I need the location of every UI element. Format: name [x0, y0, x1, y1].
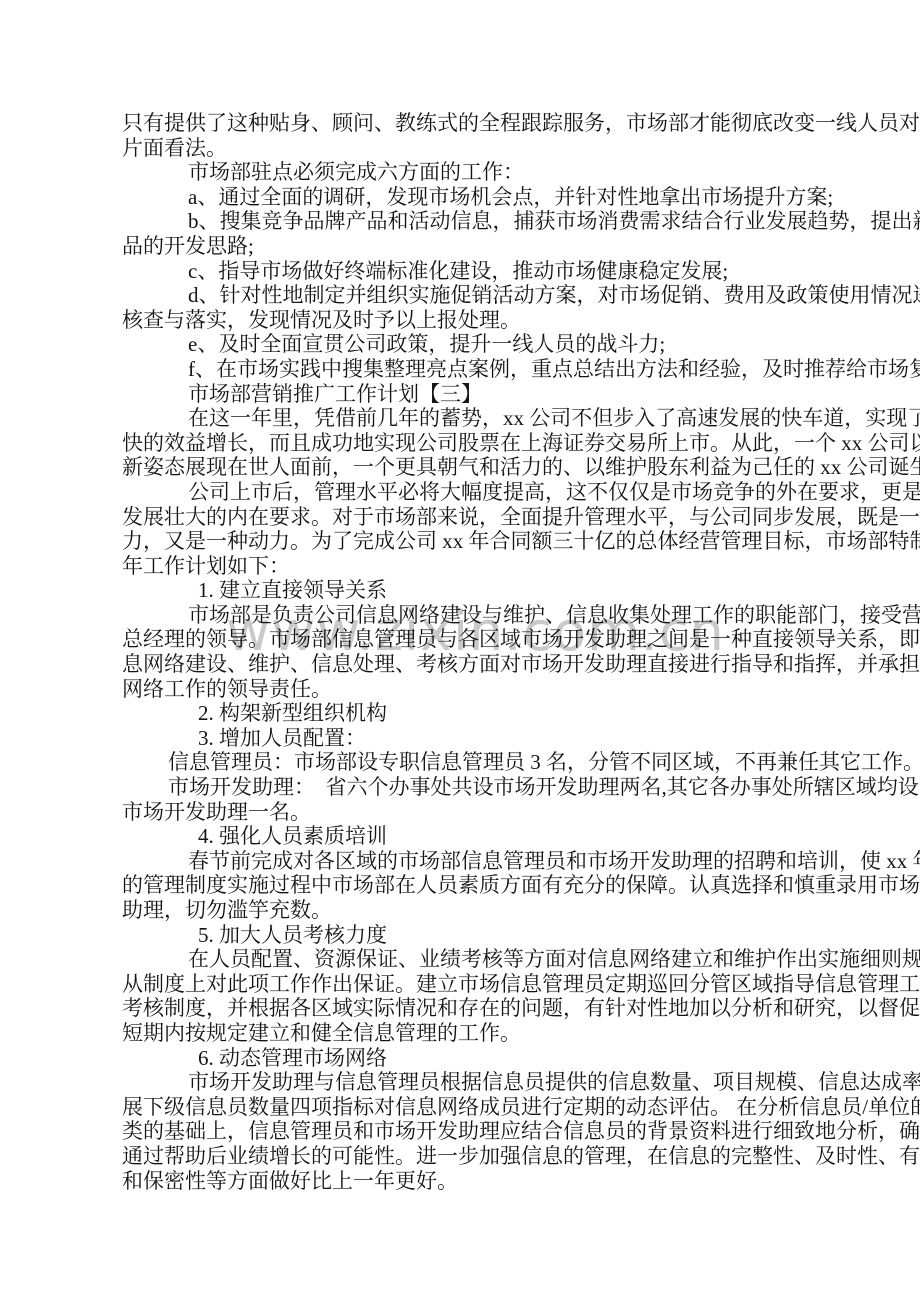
text-line: 力，又是一种动力。为了完成公司 xx 年合同额三十亿的总体经营管理目标，市场部特…: [122, 529, 822, 554]
text-line: 新姿态展现在世人面前，一个更具朝气和活力的、以维护股东利益为己任的 xx 公司诞…: [122, 455, 822, 480]
numbered-heading: 6. 动态管理市场网络: [198, 1046, 822, 1071]
text-line: 在这一年里，凭借前几年的蓄势，xx 公司不但步入了高速发展的快车道，实现了更: [188, 406, 822, 431]
text-line: 市场部驻点必须完成六方面的工作：: [188, 160, 822, 185]
text-line: 核查与落实，发现情况及时予以上报处理。: [122, 308, 822, 333]
text-line: 快的效益增长，而且成功地实现公司股票在上海证券交易所上市。从此，一个 xx 公司…: [122, 431, 822, 456]
text-line: 考核制度，并根据各区域实际情况和存在的问题，有针对性地加以分析和研究，以督促其在: [122, 996, 822, 1021]
text-line: 发展壮大的内在要求。对于市场部来说，全面提升管理水平，与公司同步发展，既是一种压: [122, 505, 822, 530]
document-page: www.zixin.com.cn 只有提供了这种贴身、顾问、教练式的全程跟踪服务…: [0, 0, 920, 1302]
text-line: 息网络建设、维护、信息处理、考核方面对市场开发助理直接进行指导和指挥，并承担信息: [122, 652, 822, 677]
text-line: 从制度上对此项工作作出保证。建立市场信息管理员定期巡回分管区域指导信息管理工作的: [122, 972, 822, 997]
numbered-heading: 3. 增加人员配置：: [198, 726, 822, 751]
text-line: b、搜集竞争品牌产品和活动信息，捕获市场消费需求结合行业发展趋势，提出新产: [188, 209, 822, 234]
numbered-heading: 4. 强化人员素质培训: [198, 824, 822, 849]
text-line: 类的基础上，信息管理员和市场开发助理应结合信息员的背景资料进行细致地分析，确定其: [122, 1119, 822, 1144]
text-line: 春节前完成对各区域的市场部信息管理员和市场开发助理的招聘和培训，使 xx 年新: [188, 849, 822, 874]
text-line: c、指导市场做好终端标准化建设，推动市场健康稳定发展;: [188, 259, 822, 284]
text-line: 品的开发思路;: [122, 234, 822, 259]
text-line: 市场部是负责公司信息网络建设与维护、信息收集处理工作的职能部门，接受营销副: [188, 603, 822, 628]
numbered-heading: 2. 构架新型组织机构: [198, 701, 822, 726]
text-line: 公司上市后，管理水平必将大幅度提高，这不仅仅是市场竞争的外在要求，更是自身: [188, 480, 822, 505]
text-line: 总经理的领导。市场部信息管理员与各区域市场开发助理之间是一种直接领导关系，即在信: [122, 627, 822, 652]
text-line: 市场开发助理与信息管理员根据信息员提供的信息数量、项目规模、信息达成率、发: [188, 1070, 822, 1095]
text-line: 通过帮助后业绩增长的可能性。进一步加强信息的管理，在信息的完整性、及时性、有效性: [122, 1144, 822, 1169]
section-heading: 市场部营销推广工作计划【三】: [188, 382, 822, 407]
text-line: a、通过全面的调研，发现市场机会点，并针对性地拿出市场提升方案;: [188, 185, 822, 210]
text-line: f、在市场实践中搜集整理亮点案例，重点总结出方法和经验，及时推荐给市场复制。: [188, 357, 822, 382]
text-line: 市场开发助理一名。: [122, 800, 822, 825]
text-line: 在人员配置、资源保证、业绩考核等方面对信息网络建立和维护作出实施细则规定，: [188, 947, 822, 972]
text-line: d、针对性地制定并组织实施促销活动方案，对市场促销、费用及政策使用情况进行: [188, 283, 822, 308]
text-line: 网络工作的领导责任。: [122, 677, 822, 702]
text-line: 助理，切勿滥竽充数。: [122, 898, 822, 923]
text-line: 年工作计划如下：: [122, 554, 822, 579]
numbered-heading: 1. 建立直接领导关系: [198, 578, 822, 603]
document-body: 只有提供了这种贴身、顾问、教练式的全程跟踪服务，市场部才能彻底改变一线人员对其的…: [122, 111, 822, 1193]
numbered-heading: 5. 加大人员考核力度: [198, 923, 822, 948]
text-line: 信息管理员：市场部设专职信息管理员 3 名，分管不同区域，不再兼任其它工作。: [168, 750, 822, 775]
text-line: 只有提供了这种贴身、顾问、教练式的全程跟踪服务，市场部才能彻底改变一线人员对其的: [122, 111, 822, 136]
text-line: 短期内按规定建立和健全信息管理的工作。: [122, 1021, 822, 1046]
text-line: 市场开发助理： 省六个办事处共设市场开发助理两名,其它各办事处所辖区域均设: [168, 775, 822, 800]
text-line: 展下级信息员数量四项指标对信息网络成员进行定期的动态评估。 在分析信息员/单位的…: [122, 1095, 822, 1120]
text-line: 片面看法。: [122, 136, 822, 161]
text-line: 的管理制度实施过程中市场部在人员素质方面有充分的保障。认真选择和慎重录用市场开发: [122, 873, 822, 898]
text-line: e、及时全面宣贯公司政策，提升一线人员的战斗力;: [188, 332, 822, 357]
text-line: 和保密性等方面做好比上一年更好。: [122, 1169, 822, 1194]
